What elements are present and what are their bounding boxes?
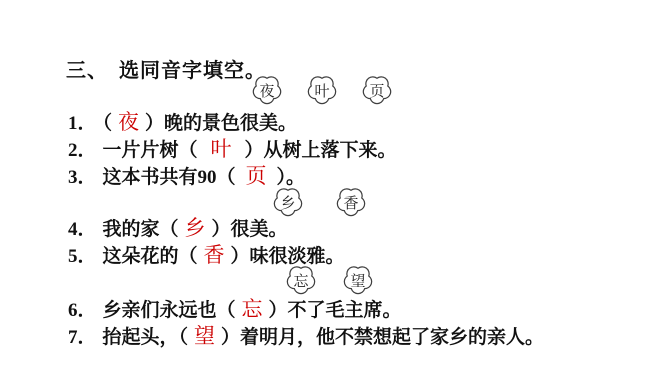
answer-character: 叶 <box>198 137 245 161</box>
question-text-after: ）从树上落下来。 <box>245 140 397 161</box>
question-text-before: 这朵花的（ <box>103 246 198 267</box>
question-text-after: ）晚的景色很美。 <box>145 113 297 134</box>
question-line: 7．抬起头，（望）着明月，他不禁想起了家乡的亲人。 <box>68 324 544 350</box>
answer-character: 乡 <box>179 216 212 240</box>
question-line: 5．这朵花的（香）味很淡雅。 <box>68 243 345 269</box>
answer-character: 页 <box>236 164 277 188</box>
answer-character: 夜 <box>112 110 145 134</box>
question-number: 5． <box>68 246 97 267</box>
question-number: 2． <box>68 140 97 161</box>
question-number: 4． <box>68 219 97 240</box>
option-character: 叶 <box>301 71 343 108</box>
question-number: 3． <box>68 167 97 188</box>
question-text-before: 我的家（ <box>103 219 179 240</box>
question-line: 1．（夜）晚的景色很美。 <box>68 110 297 136</box>
option-bubble: 夜 <box>246 71 288 108</box>
homophone-options-group-1: 夜 叶 页 <box>246 71 398 108</box>
option-character: 香 <box>330 183 372 220</box>
question-text-after: ）不了毛主席。 <box>269 300 402 321</box>
answer-character: 忘 <box>236 297 269 321</box>
option-character: 夜 <box>246 71 288 108</box>
question-text-after: ）。 <box>277 167 306 188</box>
question-text-before: 一片片树（ <box>103 140 198 161</box>
answer-character: 望 <box>188 324 221 348</box>
answer-character: 香 <box>198 243 231 267</box>
question-line: 2．一片片树（叶）从树上落下来。 <box>68 137 397 163</box>
option-bubble: 叶 <box>301 71 343 108</box>
section-title: 三、 选同音字填空。 <box>66 54 266 83</box>
question-line: 3．这本书共有90（页）。 <box>68 164 305 190</box>
question-number: 1． <box>68 113 97 134</box>
question-line: 4．我的家（乡）很美。 <box>68 216 288 242</box>
question-text-before: 抬起头，（ <box>103 327 189 348</box>
question-number: 6． <box>68 300 97 321</box>
question-text-before: 乡亲们永远也（ <box>103 300 236 321</box>
option-bubble: 页 <box>356 71 398 108</box>
question-number: 7． <box>68 327 97 348</box>
question-text-before: （ <box>103 113 113 134</box>
question-text-after: ）味很淡雅。 <box>231 246 345 267</box>
option-character: 页 <box>356 71 398 108</box>
question-text-after: ）很美。 <box>212 219 288 240</box>
option-bubble: 香 <box>330 183 372 220</box>
question-text-before: 这本书共有90（ <box>103 167 236 188</box>
question-text-after: ）着明月，他不禁想起了家乡的亲人。 <box>221 327 544 348</box>
worksheet-slide: 三、 选同音字填空。 夜 叶 页 乡 <box>0 0 668 376</box>
question-line: 6．乡亲们永远也（忘）不了毛主席。 <box>68 297 402 323</box>
